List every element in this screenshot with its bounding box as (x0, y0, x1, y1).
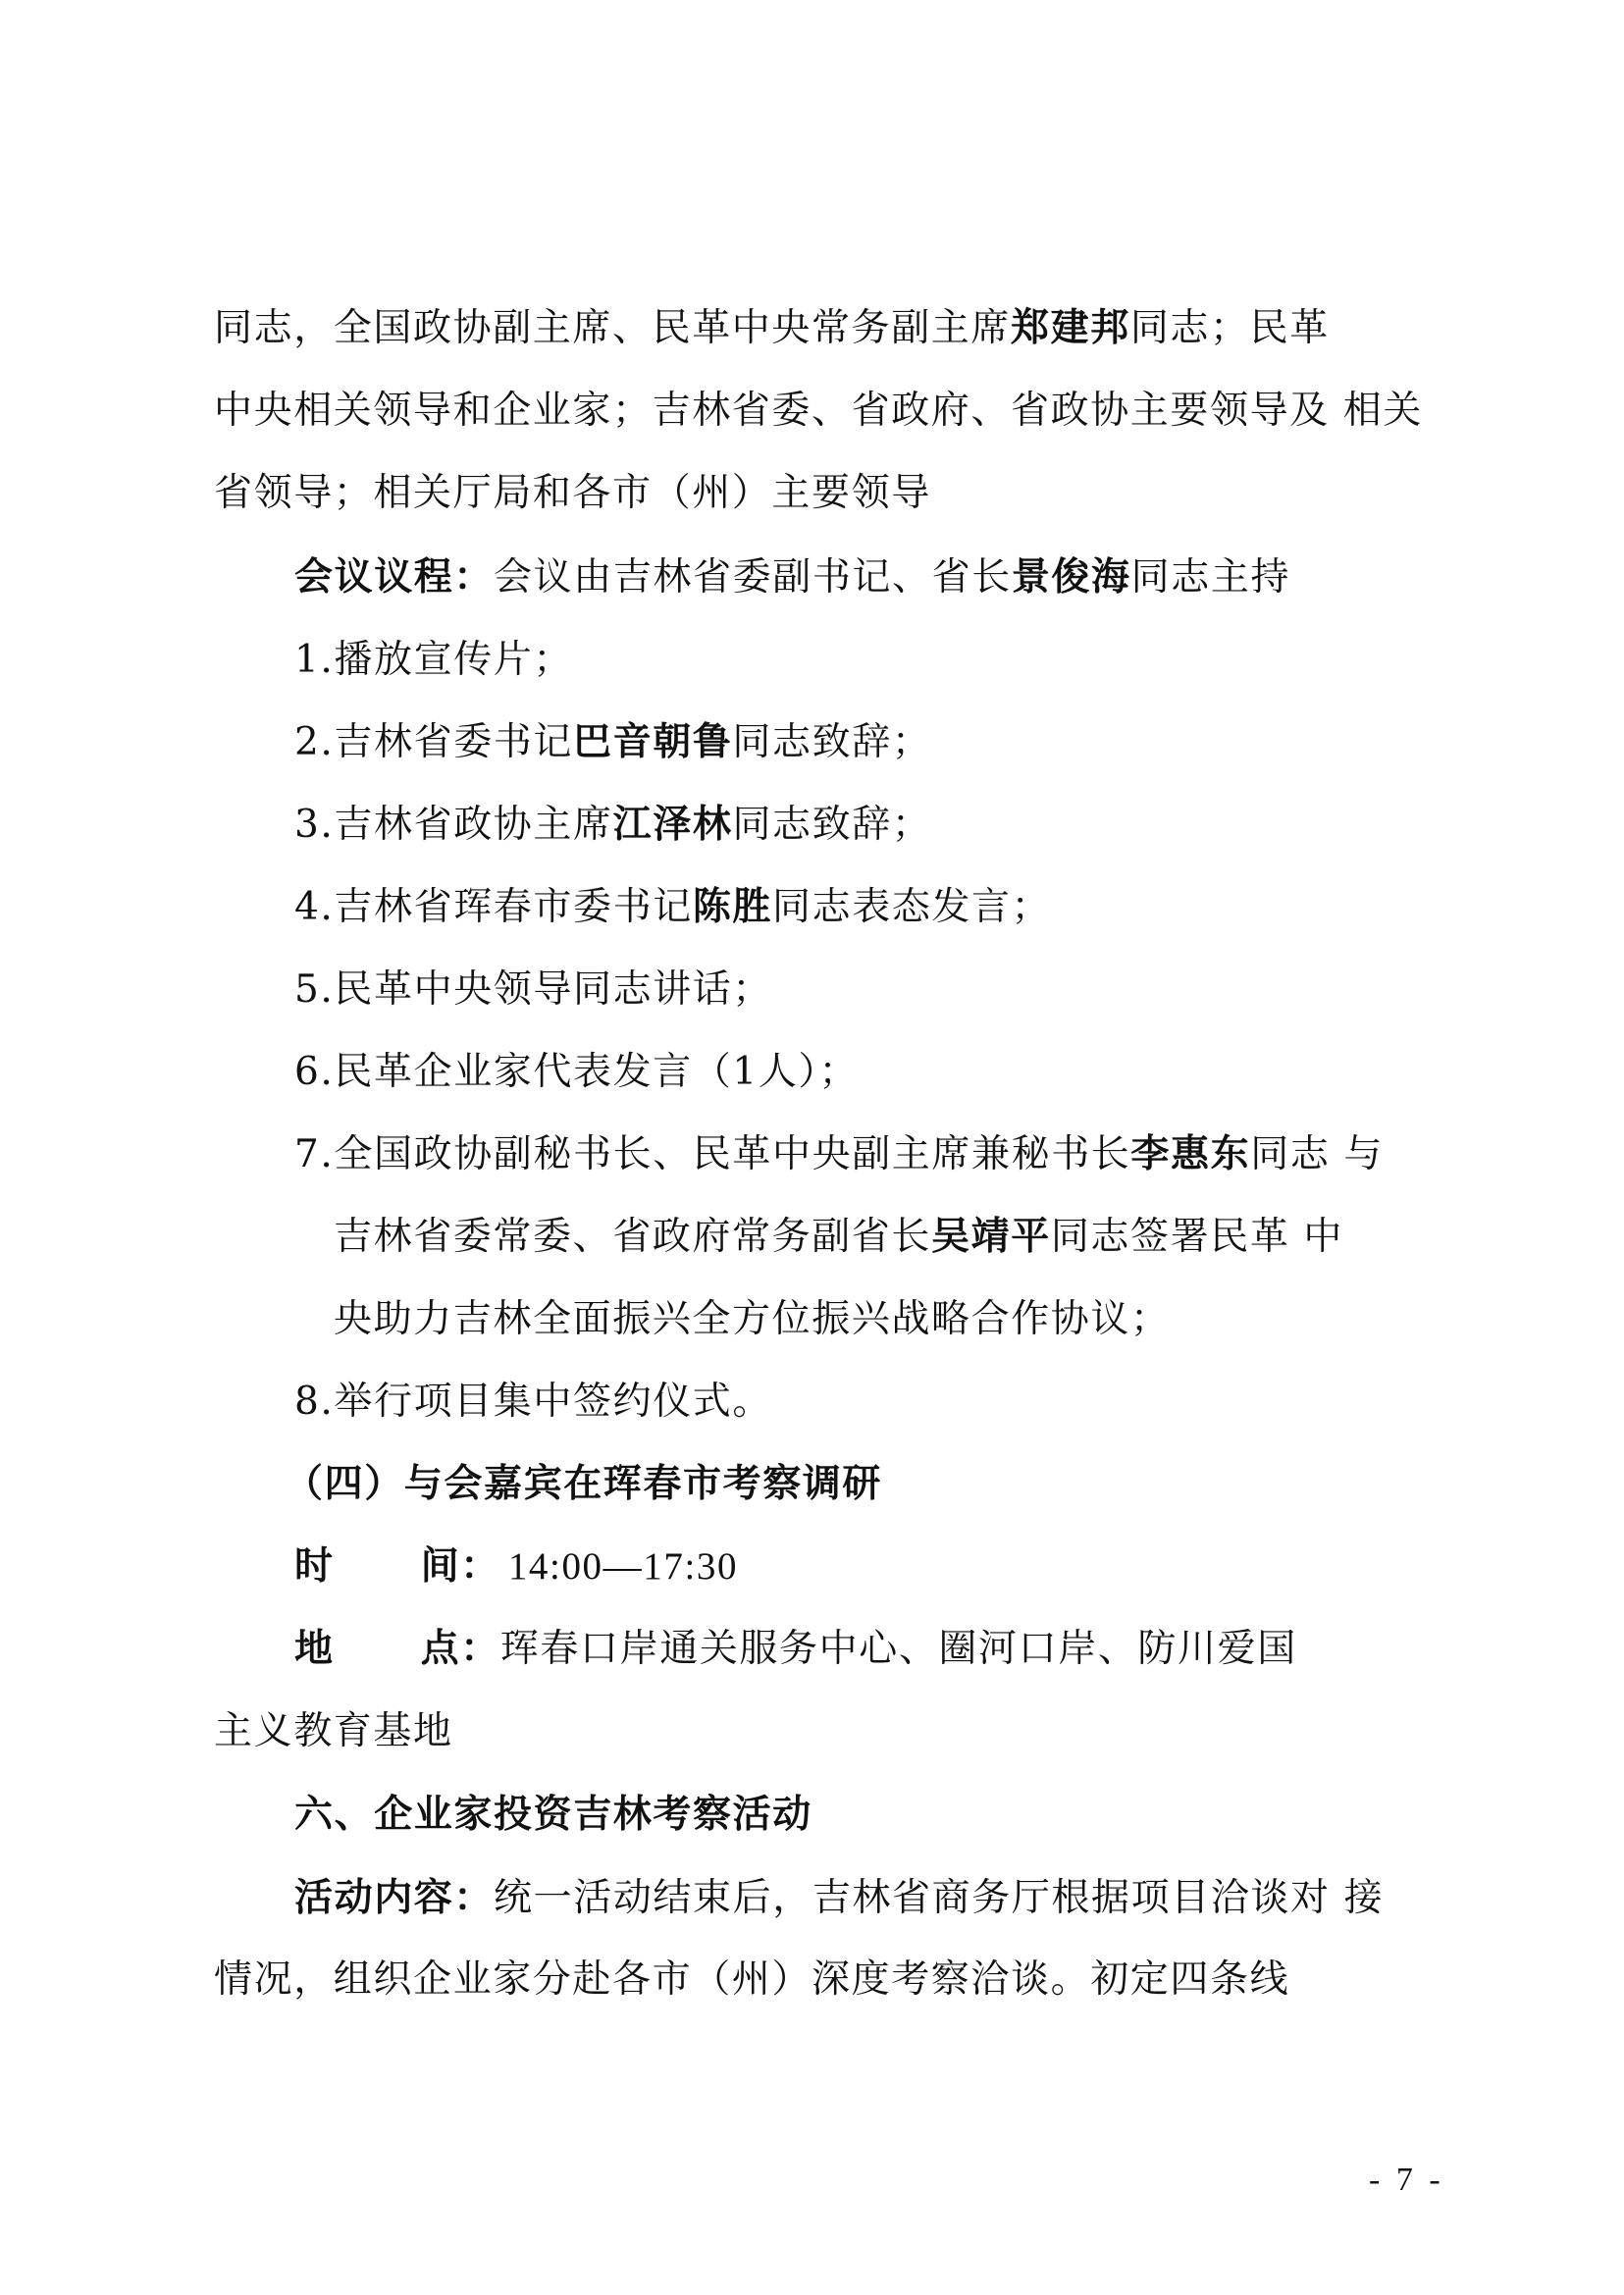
agenda-intro: 会议议程：会议由吉林省委副书记、省长景俊海同志主持 (294, 553, 1501, 602)
agenda-item-7-cont-2: 央助力吉林全面振兴全方位振兴战略合作协议； (334, 1295, 1541, 1344)
person-name: 郑建邦 (1011, 306, 1130, 350)
activity-content-cont: 情况，组织企业家分赴各市（州）深度考察洽谈。初定四条线 (214, 1956, 1421, 2005)
text: 同志致辞； (732, 803, 931, 847)
text: 同志；民革 (1130, 306, 1330, 350)
place-label-1: 地 (294, 1627, 335, 1671)
time-label-2: 间： (421, 1544, 500, 1589)
person-name: 吴靖平 (931, 1215, 1051, 1259)
text: 会议由吉林省委副书记、省长 (494, 555, 1012, 600)
agenda-item-8: 8.举行项目集中签约仪式。 (294, 1378, 1501, 1427)
text: 同志表态发言； (772, 885, 1051, 929)
agenda-label: 会议议程： (294, 555, 494, 600)
text: 3.吉林省政协主席 (294, 803, 613, 847)
text: 7.全国政协副秘书长、民革中央副主席兼秘书长 (294, 1132, 1130, 1176)
place-row-cont: 主义教育基地 (214, 1707, 1421, 1756)
section-6-heading: 六、企业家投资吉林考察活动 (294, 1791, 1501, 1840)
person-name: 巴音朝鲁 (573, 720, 732, 764)
document-page: 同志，全国政协副主席、民革中央常务副主席郑建邦同志；民革 中央相关领导和企业家；… (0, 0, 1624, 2295)
agenda-item-1: 1.播放宣传片； (294, 636, 1501, 685)
place-value: 珲春口岸通关服务中心、圈河口岸、防川爱国 (500, 1627, 1297, 1671)
activity-label: 活动内容： (294, 1876, 494, 1920)
text: 4.吉林省珲春市委书记 (294, 885, 693, 929)
text: 统一活动结束后，吉林省商务厅根据项目洽谈对 接 (494, 1876, 1384, 1920)
text: 同志致辞； (732, 720, 931, 764)
agenda-item-6: 6.民革企业家代表发言（1人）； (294, 1048, 1501, 1097)
text: 同志，全国政协副主席、民革中央常务副主席 (214, 306, 1011, 350)
text: 同志签署民革 中 (1051, 1215, 1343, 1259)
place-row: 地点：珲春口岸通关服务中心、圈河口岸、防川爱国 (294, 1625, 1501, 1674)
text: 同志 与 (1250, 1132, 1384, 1176)
agenda-item-5: 5.民革中央领导同志讲话； (294, 965, 1501, 1015)
text: 同志主持 (1131, 555, 1290, 600)
time-row: 时间：14:00—17:30 (294, 1542, 1501, 1591)
agenda-item-7-cont-1: 吉林省委常委、省政府常务副省长吴靖平同志签署民革 中 (334, 1213, 1541, 1262)
person-name: 李惠东 (1130, 1132, 1250, 1176)
time-value: 14:00—17:30 (508, 1545, 738, 1588)
attendees-line-3: 省领导；相关厅局和各市（州）主要领导 (214, 469, 1421, 518)
person-name: 陈胜 (693, 885, 772, 929)
agenda-item-3: 3.吉林省政协主席江泽林同志致辞； (294, 801, 1501, 850)
person-name: 景俊海 (1012, 555, 1131, 600)
attendees-line-1: 同志，全国政协副主席、民革中央常务副主席郑建邦同志；民革 (214, 304, 1421, 353)
place-label-2: 点： (421, 1627, 500, 1671)
section-4-heading: （四）与会嘉宾在珲春市考察调研 (285, 1460, 1492, 1509)
activity-content: 活动内容：统一活动结束后，吉林省商务厅根据项目洽谈对 接 (294, 1874, 1501, 1923)
text: 2.吉林省委书记 (294, 720, 573, 764)
text: 吉林省委常委、省政府常务副省长 (334, 1215, 931, 1259)
agenda-item-2: 2.吉林省委书记巴音朝鲁同志致辞； (294, 718, 1501, 767)
attendees-line-2: 中央相关领导和企业家；吉林省委、省政府、省政协主要领导及 相关 (214, 387, 1421, 436)
time-label-1: 时 (294, 1544, 335, 1589)
agenda-item-7: 7.全国政协副秘书长、民革中央副主席兼秘书长李惠东同志 与 (294, 1130, 1501, 1179)
agenda-item-4: 4.吉林省珲春市委书记陈胜同志表态发言； (294, 883, 1501, 932)
person-name: 江泽林 (613, 803, 733, 847)
page-number: - 7 - (1369, 2161, 1444, 2200)
